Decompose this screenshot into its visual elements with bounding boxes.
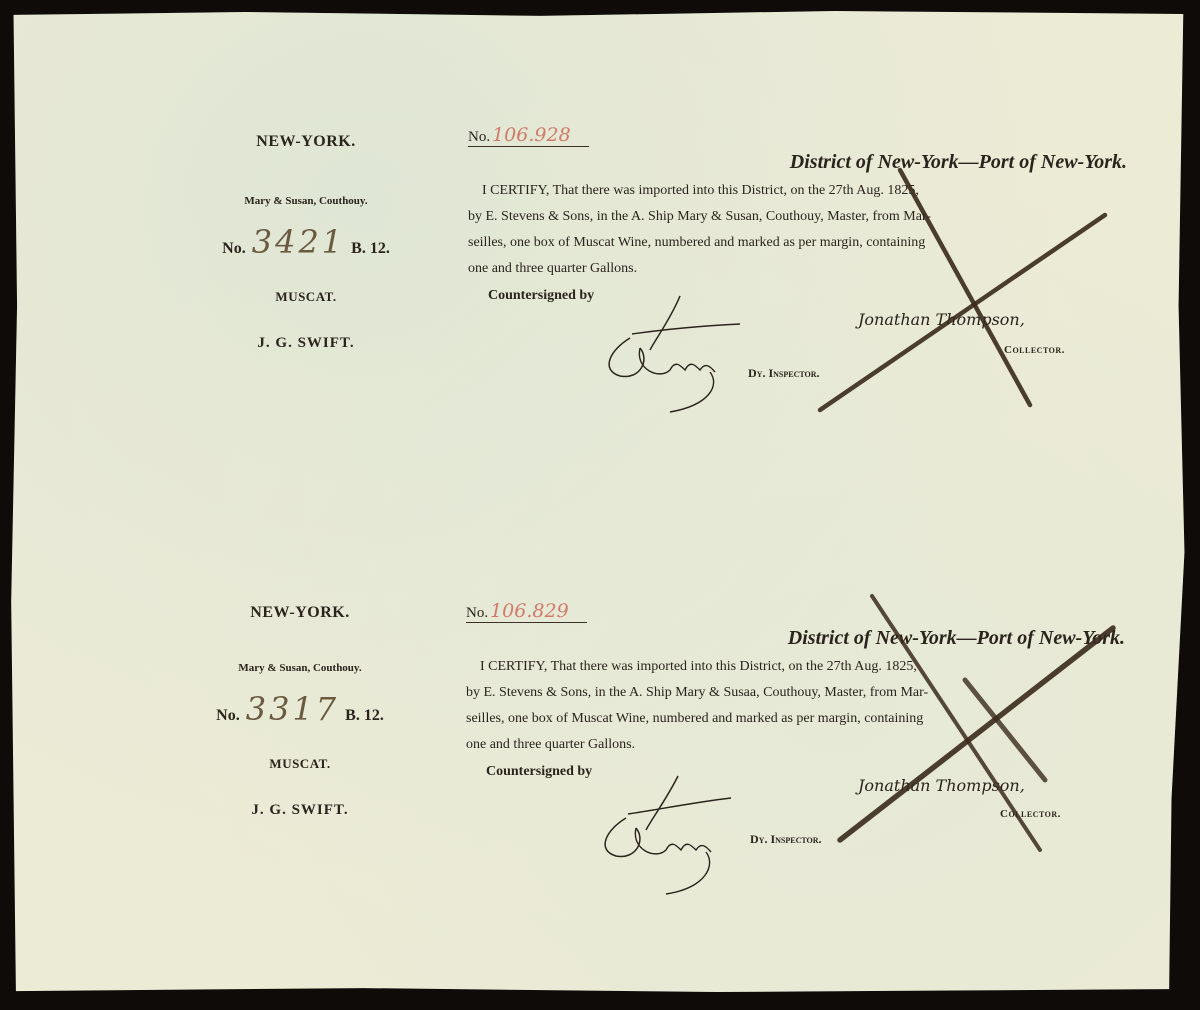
cancellation-cross-icon <box>0 0 1200 1010</box>
